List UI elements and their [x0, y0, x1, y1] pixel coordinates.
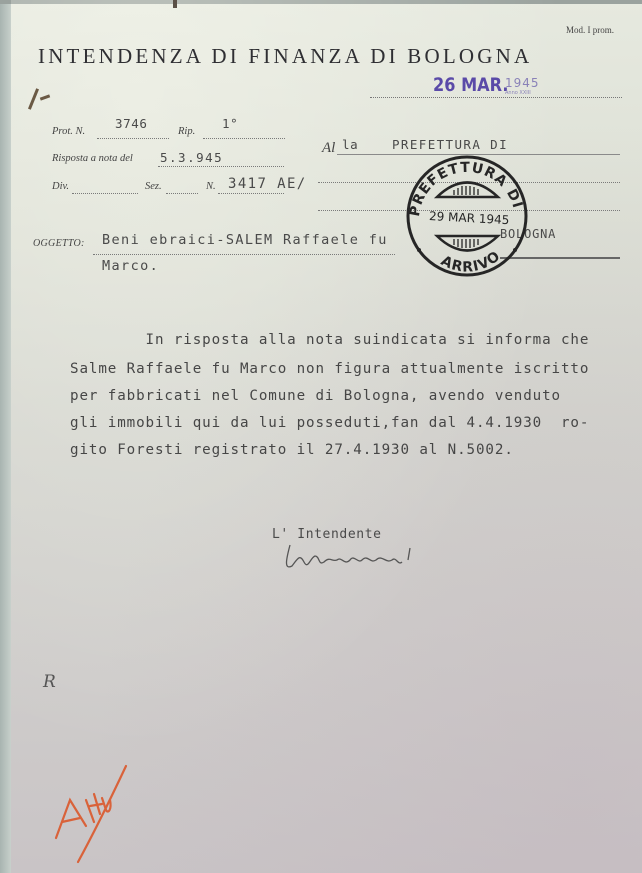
risposta-value: 5.3.945	[160, 150, 223, 165]
received-anno-stamp: Anno XXIII	[505, 90, 531, 96]
rip-label: Rip.	[178, 126, 195, 137]
svg-text:PREFETTURA DI BOLOGNA: PREFETTURA DI BOLOGNA	[391, 138, 527, 218]
subject-label: OGGETTO:	[33, 238, 85, 249]
page-top-edge	[0, 0, 642, 4]
body-line: In risposta alla nota suindicata si info…	[70, 332, 589, 348]
red-atti-annotation	[40, 760, 160, 870]
pencil-mark	[40, 94, 50, 100]
div-label: Div.	[52, 181, 69, 192]
subject-line-2: Marco.	[102, 258, 159, 274]
date-line	[370, 97, 622, 98]
rip-line	[203, 138, 285, 139]
received-date-stamp: 26 MAR.	[433, 74, 509, 96]
n-label: N.	[206, 181, 216, 192]
form-code: Mod. I prom.	[566, 25, 614, 35]
body-line: Salme Raffaele fu Marco non figura attua…	[70, 361, 589, 377]
body-line: gli immobili qui da lui posseduti,fan da…	[70, 415, 589, 431]
al-label: Al	[322, 140, 335, 157]
handwritten-r: R	[43, 672, 56, 692]
stamp-bottom-text: ARRIVO	[438, 248, 504, 276]
handwritten-signature	[282, 540, 432, 580]
div-line	[72, 193, 138, 194]
svg-text:ARRIVO: ARRIVO	[438, 248, 504, 276]
subject-line-1: Beni ebraici-SALEM Raffaele fu	[102, 232, 388, 248]
sez-label: Sez.	[145, 181, 162, 192]
pencil-mark	[28, 88, 39, 110]
risposta-line	[158, 166, 284, 167]
page-edge	[0, 0, 11, 873]
risposta-label: Risposta a nota del	[52, 153, 133, 164]
prot-value: 3746	[115, 116, 148, 131]
subject-rule	[93, 254, 395, 255]
body-line: gito Foresti registrato il 27.4.1930 al …	[70, 442, 514, 458]
n-value: 3417 AE/	[228, 176, 307, 192]
body-line: per fabbricati nel Comune di Bologna, av…	[70, 388, 561, 404]
letterhead-title: INTENDENZA DI FINANZA DI BOLOGNA	[38, 44, 532, 69]
prot-label: Prot. N.	[52, 126, 85, 137]
prot-line	[97, 138, 169, 139]
stamp-date: 29 MAR 1945	[429, 209, 510, 227]
received-year-stamp: 1945	[505, 76, 540, 90]
stamp-top-text: PREFETTURA DI BOLOGNA	[391, 138, 527, 218]
ink-mark	[173, 0, 177, 8]
paper-shading	[11, 0, 642, 873]
sez-line	[166, 193, 198, 194]
arrival-stamp: PREFETTURA DI BOLOGNA 29 MAR 1945 ARRIVO	[397, 150, 537, 280]
n-line	[218, 193, 284, 194]
recipient-prefix: la	[342, 137, 358, 152]
rip-value: 1°	[222, 116, 238, 131]
